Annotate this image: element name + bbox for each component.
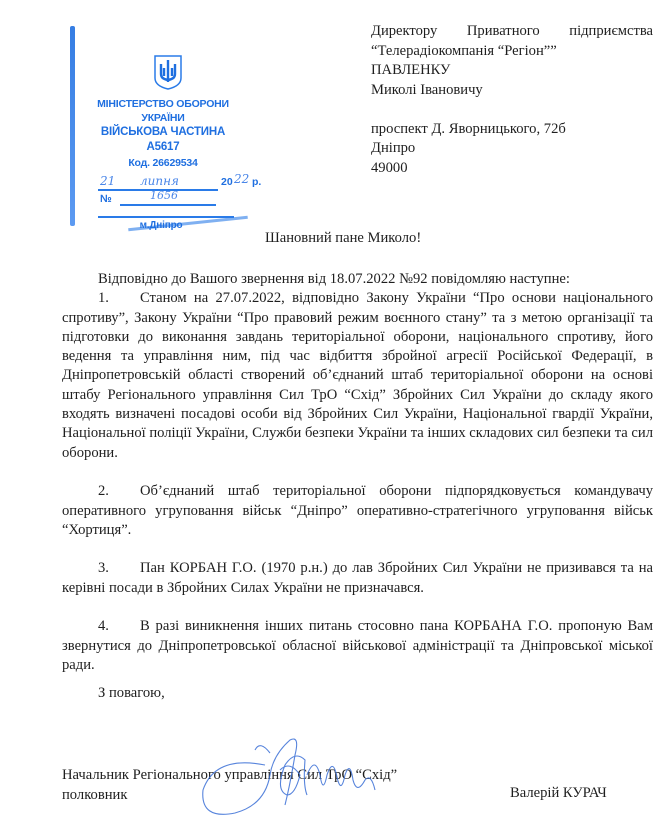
recipient-name: Миколі Івановичу	[371, 81, 653, 101]
signatory-name: Валерій КУРАЧ	[510, 785, 607, 802]
paragraph-1: 1.Станом на 27.07.2022, відповідно Закон…	[62, 289, 653, 463]
official-stamp: МІНІСТЕРСТВО ОБОРОНИ УКРАЇНИ ВІЙСЬКОВА Ч…	[58, 26, 268, 236]
recipient-position: Директору Приватного підприємства	[371, 22, 653, 42]
paragraph-text: Станом на 27.07.2022, відповідно Закону …	[62, 290, 653, 460]
recipient-city: Дніпро	[371, 139, 653, 159]
stamp-year-prefix: 20	[221, 176, 233, 188]
recipient-block: Директору Приватного підприємства “Телер…	[371, 22, 653, 178]
stamp-number-label: №	[100, 193, 112, 205]
paragraph-2: 2.Об’єднаний штаб територіальної оборони…	[62, 482, 653, 540]
stamp-date-month: липня	[140, 174, 179, 188]
greeting: Шановний пане Миколо!	[265, 230, 421, 247]
paragraph-number: 2.	[98, 482, 140, 501]
paragraph-number: 3.	[98, 559, 140, 578]
recipient-company: “Телерадіокомпанія “Регіон””	[371, 42, 653, 62]
paragraph-3: 3.Пан КОРБАН Г.О. (1970 р.н.) до лав Збр…	[62, 559, 653, 598]
paragraph-text: В разі виникнення інших питань стосовно …	[62, 618, 653, 673]
recipient-surname: ПАВЛЕНКУ	[371, 61, 653, 81]
intro-paragraph: Відповідно до Вашого звернення від 18.07…	[62, 270, 653, 289]
paragraph-number: 4.	[98, 617, 140, 636]
recipient-postcode: 49000	[371, 159, 653, 179]
paragraph-text: Пан КОРБАН Г.О. (1970 р.н.) до лав Зброй…	[62, 560, 653, 595]
stamp-ministry: МІНІСТЕРСТВО ОБОРОНИ	[58, 98, 268, 110]
stamp-year-suffix: 22	[234, 172, 249, 186]
handwritten-signature	[195, 735, 455, 823]
paragraph-number: 1.	[98, 289, 140, 308]
recipient-street: проспект Д. Яворницького, 72б	[371, 120, 653, 140]
paragraph-text: Об’єднаний штаб територіальної оборони п…	[62, 483, 653, 538]
stamp-date-day: 21	[100, 174, 115, 188]
stamp-code: Код. 26629534	[58, 157, 268, 169]
trident-icon	[153, 54, 183, 90]
stamp-unit-label: ВІЙСЬКОВА ЧАСТИНА	[58, 126, 268, 138]
stamp-unit-number: А5617	[58, 141, 268, 153]
stamp-city: м.Дніпро	[56, 220, 266, 231]
stamp-country: УКРАЇНИ	[58, 112, 268, 124]
stamp-year-suffix-label: р.	[252, 176, 261, 188]
letter-body: Відповідно до Вашого звернення від 18.07…	[62, 270, 653, 675]
paragraph-4: 4.В разі виникнення інших питань стосовн…	[62, 617, 653, 675]
stamp-number-value: 1656	[150, 189, 178, 202]
closing: З повагою,	[98, 685, 165, 702]
